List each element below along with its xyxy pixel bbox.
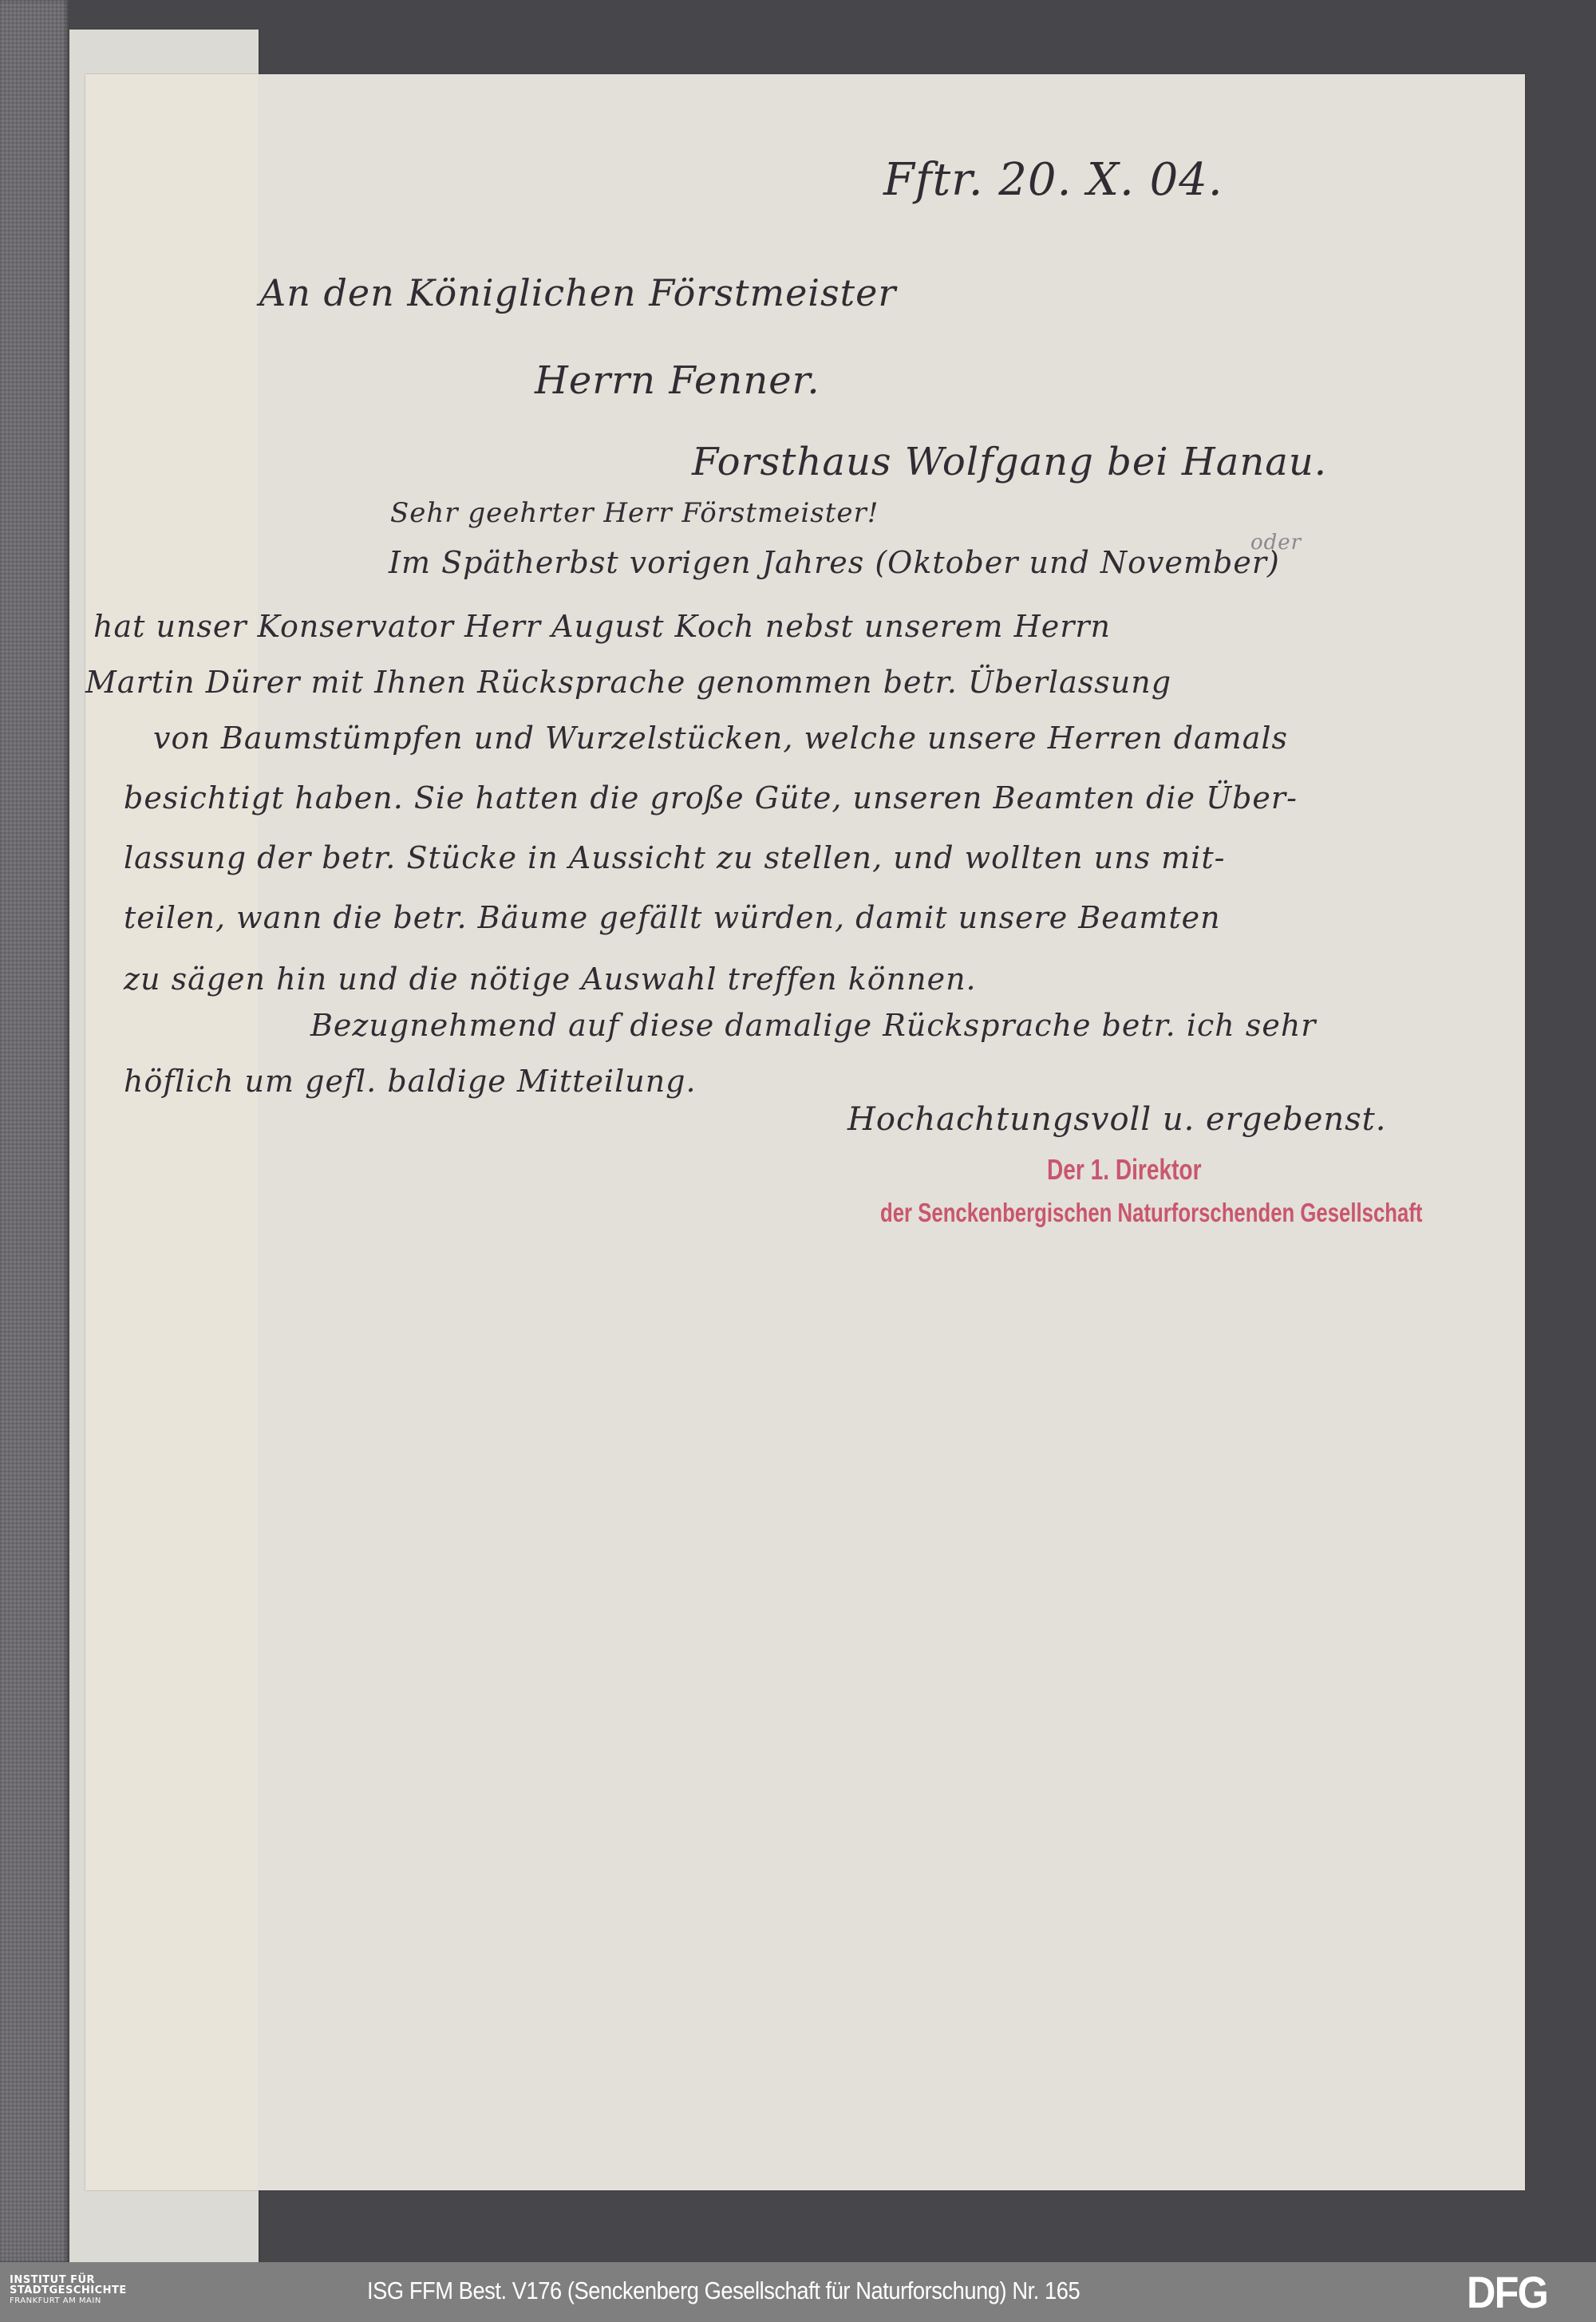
addressee-line-3: Forsthaus Wolfgang bei Hanau. xyxy=(692,440,1327,484)
addressee-line-2: Herrn Fenner. xyxy=(535,358,820,403)
body-line-9: Bezugnehmend auf diese damalige Rückspra… xyxy=(310,1008,1316,1043)
body-line-1: Im Spätherbst vorigen Jahres (Oktober un… xyxy=(389,545,1280,580)
salutation: Sehr geehrter Herr Förstmeister! xyxy=(390,497,879,529)
institute-line-3: FRANKFURT AM MAIN xyxy=(10,2296,127,2306)
body-line-6: lassung der betr. Stücke in Aussicht zu … xyxy=(124,840,1225,875)
archive-caption: ISG FFM Best. V176 (Senckenberg Gesellsc… xyxy=(367,2277,1080,2305)
scan-image: Fftr. 20. X. 04. An den Königlichen Förs… xyxy=(0,0,1596,2262)
body-line-3: Martin Dürer mit Ihnen Rücksprache genom… xyxy=(85,665,1171,700)
addressee-line-1: An den Königlichen Förstmeister xyxy=(259,271,896,314)
closing: Hochachtungsvoll u. ergebenst. xyxy=(847,1101,1386,1138)
body-line-8: zu sägen hin und die nötige Auswahl tref… xyxy=(124,962,977,997)
body-line-2: hat unser Konservator Herr August Koch n… xyxy=(93,609,1111,644)
stamp-line-2: der Senckenbergischen Naturforschenden G… xyxy=(880,1198,1422,1228)
dfg-logo: DFG xyxy=(1467,2270,1547,2315)
institute-logo: INSTITUT FÜR STADTGESCHICHTE FRANKFURT A… xyxy=(10,2275,127,2306)
cloth-binding xyxy=(0,0,69,2262)
body-line-7: teilen, wann die betr. Bäume gefällt wür… xyxy=(124,900,1221,935)
place-date: Fftr. 20. X. 04. xyxy=(883,154,1223,206)
archive-footer: INSTITUT FÜR STADTGESCHICHTE FRANKFURT A… xyxy=(0,2262,1596,2322)
letter-sheet: Fftr. 20. X. 04. An den Königlichen Förs… xyxy=(85,74,1525,2190)
stamp-line-1: Der 1. Direktor xyxy=(1047,1153,1202,1187)
institute-line-2: STADTGESCHICHTE xyxy=(10,2285,127,2296)
body-line-10: höflich um gefl. baldige Mitteilung. xyxy=(124,1064,697,1099)
paper-left-tone xyxy=(85,74,258,2190)
body-line-5: besichtigt haben. Sie hatten die große G… xyxy=(124,780,1298,815)
body-line-4: von Baumstümpfen und Wurzelstücken, welc… xyxy=(153,721,1288,756)
